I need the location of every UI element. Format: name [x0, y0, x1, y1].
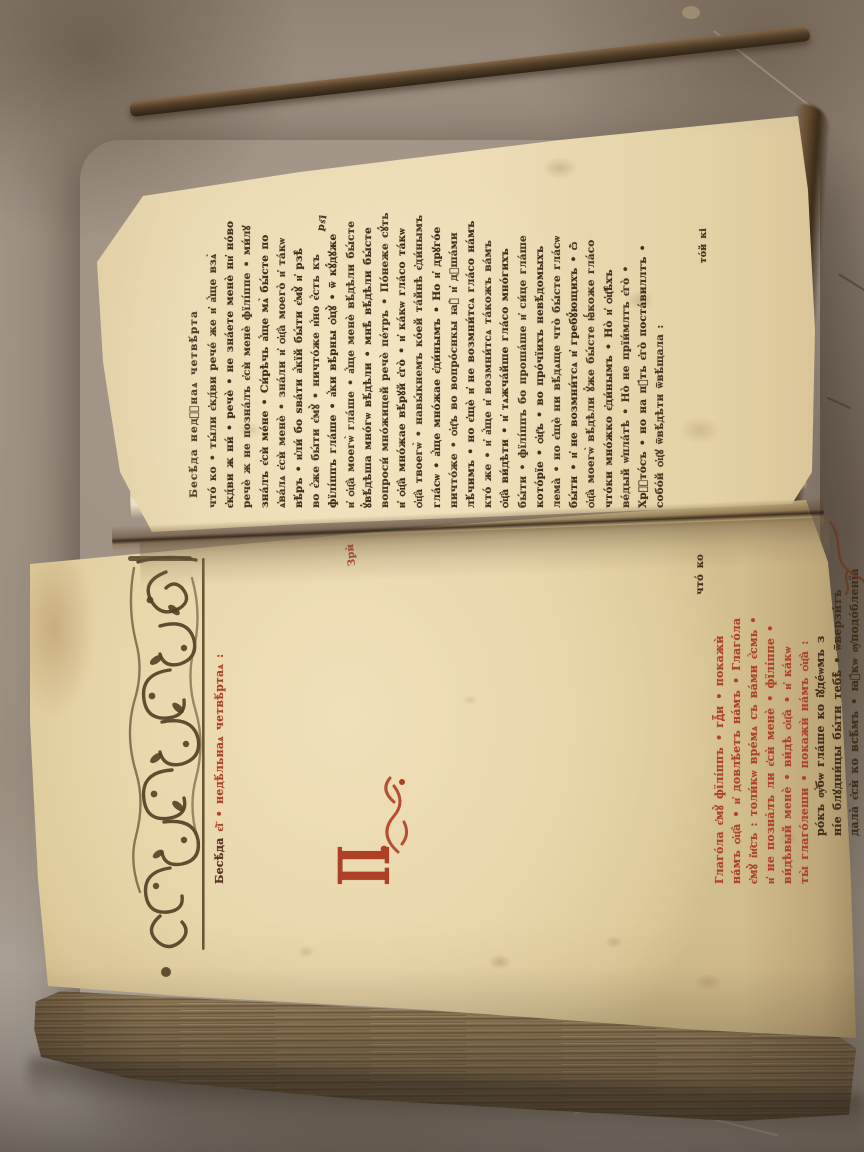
photo-vignette	[0, 0, 864, 1152]
photo-of-open-antique-book: Бесѣ́да є҆і҃ • недѣ́льнаѧ четвѣ́ртаѧ : Г…	[0, 0, 864, 1152]
